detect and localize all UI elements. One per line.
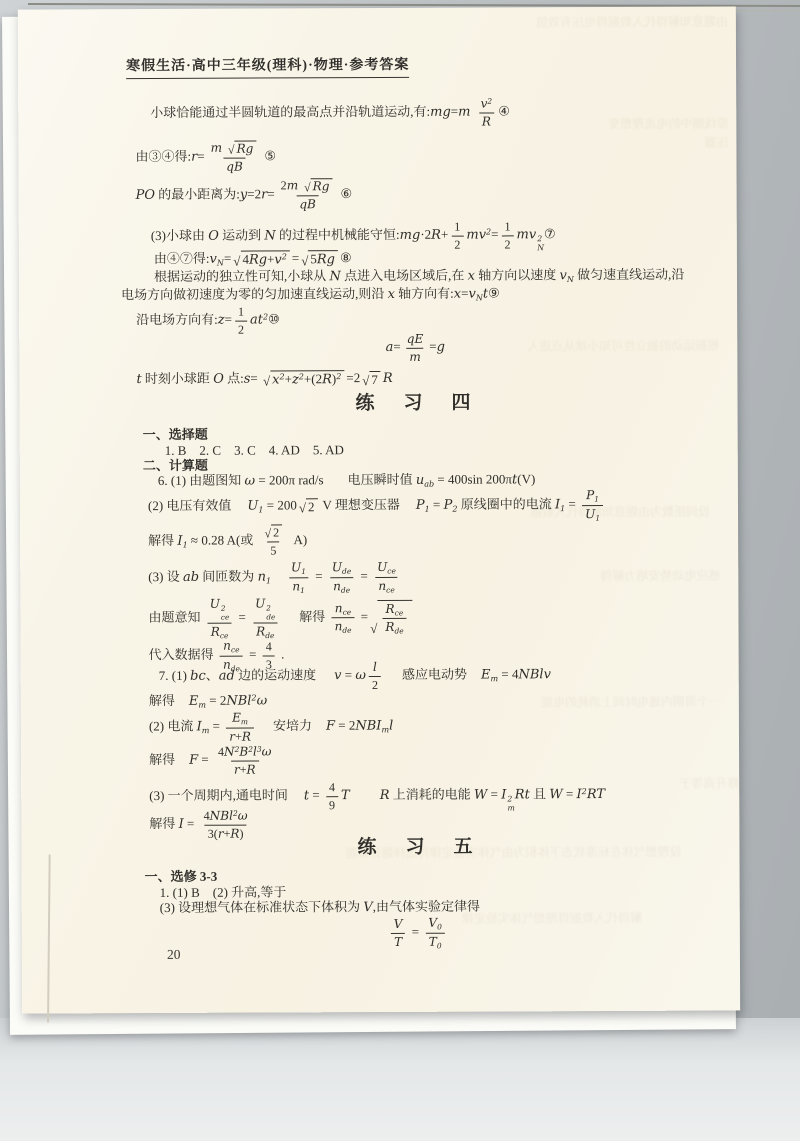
q6-part2-result: 解得 I1 ≈ 0.28 A(或 √25 A)	[148, 524, 307, 558]
page-content: 小球恰能通过半圆轨道的最高点并沿轨道运动,有:mg=m v2R④由③④得:r=m…	[18, 6, 740, 1013]
q7-part1-result: 解得Em = 2NBl2ω	[149, 692, 267, 711]
scan-background: 由题意知解得代入数据得电压有效值原线圈中的电流理想变压器根据运动的独立性可知小球…	[0, 0, 800, 1141]
q6-part3: (3) 设 ab 间匝数为 n1U1n1 = Udende = Ucence	[148, 560, 402, 595]
q6-part2: (2) 电压有效值U1 = 200√2 V 理想变压器P1 = P2 原线圈中的…	[148, 488, 606, 524]
exercise4-heading: 练 习 四	[119, 391, 711, 418]
solution-paragraph-line1: 根据运动的独立性可知,小球从 N 点进入电场区域后,在 x 轴方向以速度 vN …	[154, 267, 685, 288]
section-choice-questions: 一、选择题	[143, 427, 208, 444]
q7-part1: 7. (1) bc、ad 边的运动速度v = ωl2感应电动势Em = 4NBl…	[159, 659, 551, 693]
answer-page: 由题意知解得代入数据得电压有效值原线圈中的电流理想变压器根据运动的独立性可知小球…	[18, 6, 740, 1013]
scanner-bed-bottom	[0, 1018, 800, 1141]
solution-step-6: PO 的最小距离为:y=2r=2m √RgqB⑥	[136, 178, 353, 213]
exercise5-heading: 练 习 五	[121, 835, 713, 862]
section-elective: 一、选修 3-3	[145, 869, 218, 886]
q7-part2-result: 解得F = 4N2B2l3ωr+R	[149, 744, 278, 777]
solution-step-4: 小球恰能通过半圆轨道的最高点并沿轨道运动,有:mg=m v2R④	[150, 96, 510, 130]
acceleration-formula: a=qEm=g	[119, 331, 711, 366]
solution-step-5: 由③④得:r=m √RgqB⑤	[135, 140, 276, 174]
solution-paragraph-line2: 电场方向做初速度为零的匀加速直线运动,则沿 x 轴方向有:x=vNt⑨	[121, 285, 500, 305]
solution-step-8: 由④⑦得:vN=√4Rg+v2=√5Rg⑧	[154, 250, 352, 269]
gas-law-formula: VT = V0T0	[122, 915, 714, 952]
q7-part2: (2) 电流 Im = Emr+R安培力F = 2NBIml	[149, 710, 393, 744]
q6-part3-derivation: 由题意知 U2ceRce = U2deRde解得 ncende =√RceRde	[148, 596, 414, 641]
page-number: 20	[167, 947, 181, 963]
distance-formula: t 时刻小球距 O 点:s= √x2+z2+(2R)2=2√7R	[136, 370, 392, 389]
